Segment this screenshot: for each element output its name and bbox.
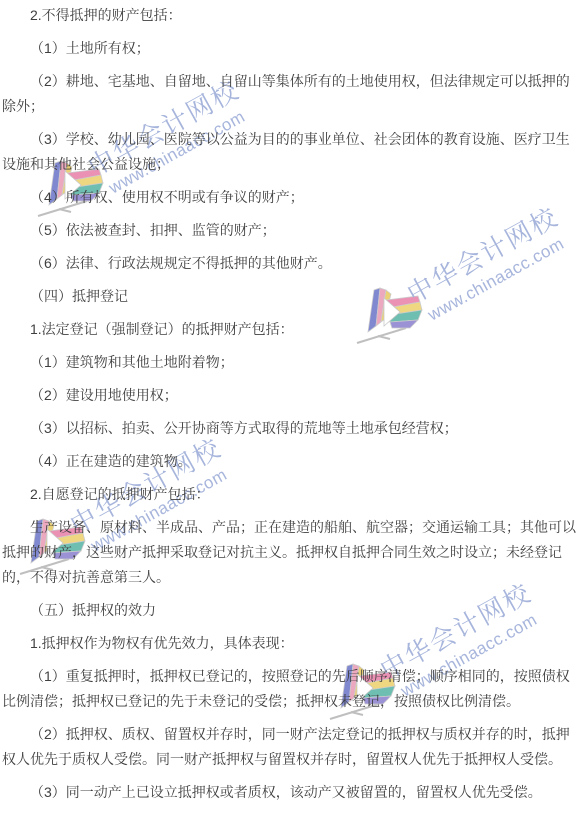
paragraph: （1）土地所有权；: [2, 36, 580, 61]
paragraph: （2）抵押权、质权、留置权并存时，同一财产法定登记的抵押权与质权并存的时，抵押 …: [2, 722, 580, 772]
paragraph: （3）学校、幼儿园、医院等以公益为目的的事业单位、社会团体的教育设施、医疗卫生 …: [2, 127, 580, 177]
paragraph: （1）重复抵押时，抵押权已登记的，按照登记的先后顺序清偿；顺序相同的，按照债权 …: [2, 664, 580, 714]
paragraph: 1.法定登记（强制登记）的抵押财产包括：: [2, 317, 580, 342]
document-page: 中华会计网校 www.chinaacc.com 中华会计网校 www.china…: [0, 3, 581, 814]
paragraph: 2.不得抵押的财产包括：: [2, 3, 580, 28]
paragraph: （6）法律、行政法规规定不得抵押的其他财产。: [2, 251, 580, 276]
paragraph: （4）正在建造的建筑物。: [2, 449, 580, 474]
paragraph: 1.抵押权作为物权有优先效力，具体表现：: [2, 631, 580, 656]
paragraph: （2）建设用地使用权；: [2, 383, 580, 408]
article-body: 2.不得抵押的财产包括： （1）土地所有权； （2）耕地、宅基地、自留地、自留山…: [0, 3, 581, 805]
paragraph: 生产设备、原材料、半成品、产品；正在建造的船舶、航空器；交通运输工具；其他可以 …: [2, 515, 580, 590]
paragraph: （4）所有权、使用权不明或有争议的财产；: [2, 185, 580, 210]
paragraph: （5）依法被查封、扣押、监管的财产；: [2, 218, 580, 243]
section-heading: （四）抵押登记: [2, 284, 580, 309]
paragraph: （2）耕地、宅基地、自留地、自留山等集体所有的土地使用权，但法律规定可以抵押的 …: [2, 69, 580, 119]
paragraph: （1）建筑物和其他土地附着物；: [2, 350, 580, 375]
paragraph: 2.自愿登记的抵押财产包括：: [2, 482, 580, 507]
section-heading: （五）抵押权的效力: [2, 598, 580, 623]
paragraph: （3）同一动产上已设立抵押权或者质权，该动产又被留置的，留置权人优先受偿。: [2, 780, 580, 805]
paragraph: （3）以招标、拍卖、公开协商等方式取得的荒地等土地承包经营权；: [2, 416, 580, 441]
